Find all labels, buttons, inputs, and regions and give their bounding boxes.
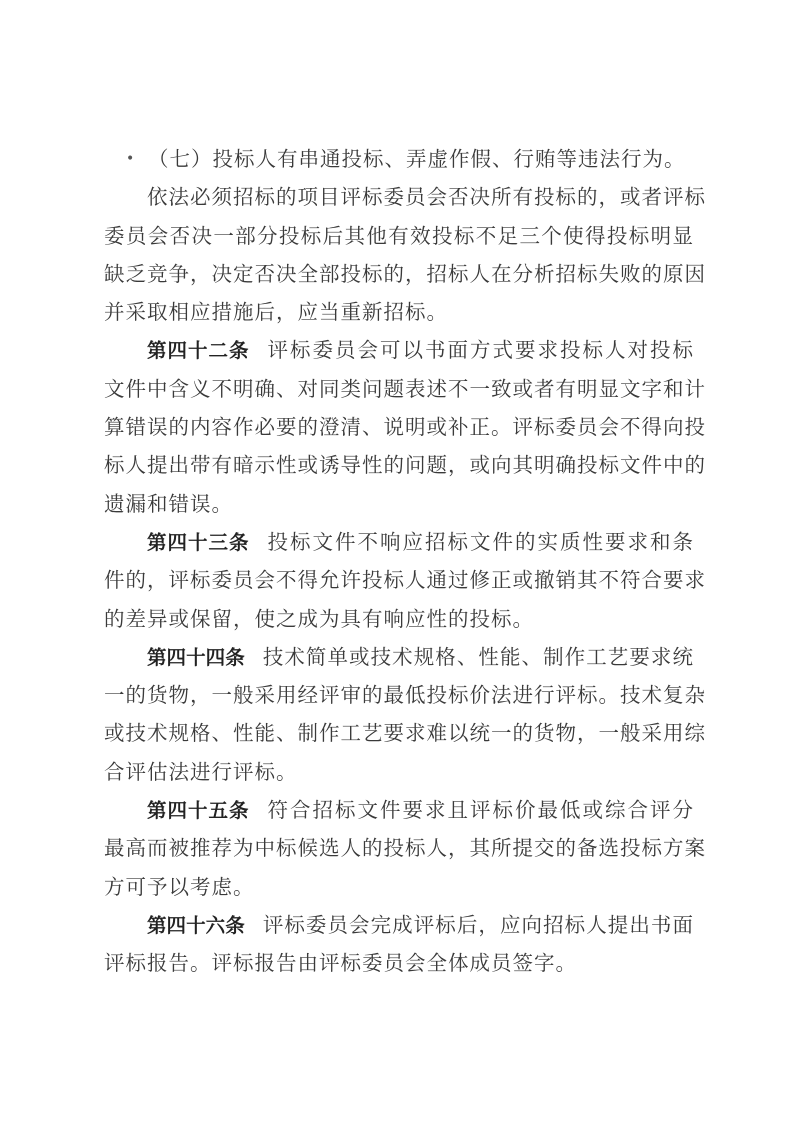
article-title: 第四十四条: [147, 646, 245, 669]
bullet-icon: •: [126, 140, 135, 178]
list-item-7: • （七）投标人有串通投标、弄虚作假、行贿等违法行为。: [104, 140, 694, 178]
paragraph-line: 标人提出带有暗示性或诱导性的问题，或向其明确投标文件中的: [104, 446, 694, 484]
article-title: 第四十三条: [147, 531, 250, 554]
article-text: 评标委员会可以书面方式要求投标人对投标: [268, 338, 695, 362]
paragraph-retender: 依法必须招标的项目评标委员会否决所有投标的，或者评标 委员会否决一部分投标后其他…: [104, 178, 694, 331]
list-item-text: （七）投标人有串通投标、弄虚作假、行贿等违法行为。: [148, 147, 686, 171]
paragraph-line: 合评估法进行评标。: [104, 753, 694, 791]
article-text: 投标文件不响应招标文件的实质性要求和条: [268, 530, 695, 554]
paragraph-line: 委员会否决一部分投标后其他有效投标不足三个使得投标明显: [104, 217, 694, 255]
article-46: 第四十六条评标委员会完成评标后，应向招标人提出书面 评标报告。评标报告由评标委员…: [104, 906, 694, 983]
article-43: 第四十三条投标文件不响应招标文件的实质性要求和条 件的，评标委员会不得允许投标人…: [104, 523, 694, 638]
paragraph-line: 或技术规格、性能、制作工艺要求难以统一的货物，一般采用综: [104, 714, 694, 752]
article-text: 技术简单或技术规格、性能、制作工艺要求统: [263, 645, 694, 669]
paragraph-line: 件的，评标委员会不得允许投标人通过修正或撤销其不符合要求: [104, 561, 694, 599]
paragraph-line: 文件中含义不明确、对同类问题表述不一致或者有明显文字和计: [104, 370, 694, 408]
paragraph-line: 缺乏竞争，决定否决全部投标的，招标人在分析招标失败的原因: [104, 255, 694, 293]
paragraph-line: 第四十四条技术简单或技术规格、性能、制作工艺要求统: [104, 638, 694, 676]
paragraph-line: 评标报告。评标报告由评标委员会全体成员签字。: [104, 944, 694, 982]
article-title: 第四十六条: [147, 914, 245, 937]
paragraph-line: 最高而被推荐为中标候选人的投标人，其所提交的备选投标方案: [104, 829, 694, 867]
article-45: 第四十五条符合招标文件要求且评标价最低或综合评分 最高而被推荐为中标候选人的投标…: [104, 791, 694, 906]
article-42: 第四十二条评标委员会可以书面方式要求投标人对投标 文件中含义不明确、对同类问题表…: [104, 331, 694, 522]
document-page: • （七）投标人有串通投标、弄虚作假、行贿等违法行为。 依法必须招标的项目评标委…: [104, 140, 694, 983]
paragraph-line: 第四十二条评标委员会可以书面方式要求投标人对投标: [104, 331, 694, 369]
paragraph-line: 第四十六条评标委员会完成评标后，应向招标人提出书面: [104, 906, 694, 944]
paragraph-line: 第四十五条符合招标文件要求且评标价最低或综合评分: [104, 791, 694, 829]
paragraph-line: 遗漏和错误。: [104, 485, 694, 523]
article-text: 评标委员会完成评标后，应向招标人提出书面: [263, 913, 694, 937]
paragraph-line: 第四十三条投标文件不响应招标文件的实质性要求和条: [104, 523, 694, 561]
paragraph-line: 依法必须招标的项目评标委员会否决所有投标的，或者评标: [104, 178, 694, 216]
paragraph-line: 一的货物，一般采用经评审的最低投标价法进行评标。技术复杂: [104, 676, 694, 714]
paragraph-line: 算错误的内容作必要的澄清、说明或补正。评标委员会不得向投: [104, 408, 694, 446]
article-title: 第四十二条: [147, 339, 250, 362]
article-44: 第四十四条技术简单或技术规格、性能、制作工艺要求统 一的货物，一般采用经评审的最…: [104, 638, 694, 791]
paragraph-line: 方可予以考虑。: [104, 868, 694, 906]
paragraph-line: 并采取相应措施后，应当重新招标。: [104, 293, 694, 331]
article-title: 第四十五条: [147, 799, 250, 822]
paragraph-line: 的差异或保留，使之成为具有响应性的投标。: [104, 600, 694, 638]
article-text: 符合招标文件要求且评标价最低或综合评分: [268, 798, 695, 822]
